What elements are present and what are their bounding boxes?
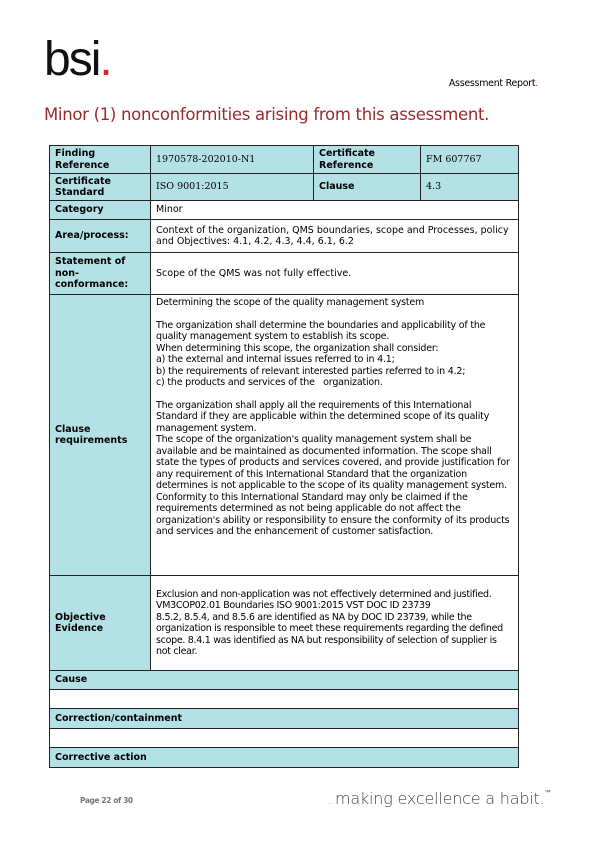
statement-label: Statement of non-conformance: (50, 253, 151, 295)
clause-value: 4.3 (421, 174, 519, 201)
certificate-reference-label: Certificate Reference (314, 146, 421, 174)
page-heading: Minor (1) nonconformities arising from t… (44, 105, 489, 124)
clause-req-para3: The organization shall apply all the req… (156, 400, 513, 435)
clause-req-item-c: c) the products and services of the orga… (156, 377, 513, 389)
bsi-tagline: ...making excellence a habit.™ (327, 789, 550, 808)
correction-label: Correction/containment (50, 709, 519, 729)
bsi-logo: bsi. (44, 36, 111, 84)
row-finding-reference: Finding Reference 1970578-202010-N1 Cert… (50, 146, 519, 174)
row-certificate-standard: Certificate Standard ISO 9001:2015 Claus… (50, 174, 519, 201)
certificate-standard-label: Certificate Standard (50, 174, 151, 201)
finding-reference-value: 1970578-202010-N1 (151, 146, 314, 174)
objective-evidence-label: Objective Evidence (50, 576, 151, 671)
cause-label: Cause (50, 671, 519, 690)
page-number: Page 22 of 30 (80, 796, 133, 805)
logo-text: bsi (44, 33, 99, 86)
corrective-action-label: Corrective action (50, 748, 519, 768)
finding-table: Finding Reference 1970578-202010-N1 Cert… (49, 145, 519, 768)
row-correction-header: Correction/containment (50, 709, 519, 729)
row-area-process: Area/process: Context of the organizatio… (50, 220, 519, 253)
correction-value (50, 729, 519, 748)
row-corrective-action-header: Corrective action (50, 748, 519, 768)
area-process-label: Area/process: (50, 220, 151, 253)
tagline-ellipsis: ... (327, 797, 335, 807)
category-label: Category (50, 201, 151, 220)
clause-label: Clause (314, 174, 421, 201)
row-category: Category Minor (50, 201, 519, 220)
cause-value (50, 690, 519, 709)
clause-req-item-b: b) the requirements of relevant interest… (156, 366, 513, 378)
trademark-icon: ™ (545, 789, 551, 796)
row-correction-value (50, 729, 519, 748)
clause-req-para1: The organization shall determine the bou… (156, 320, 513, 343)
clause-req-para2: When determining this scope, the organiz… (156, 343, 513, 355)
clause-req-para4: The scope of the organization's quality … (156, 434, 513, 492)
row-cause-value (50, 690, 519, 709)
evidence-line-2: VM3COP02.01 Boundaries ISO 9001:2015 VST… (156, 600, 513, 612)
evidence-line-1: Exclusion and non-application was not ef… (156, 589, 513, 601)
area-process-value: Context of the organization, QMS boundar… (151, 220, 519, 253)
row-cause-header: Cause (50, 671, 519, 690)
objective-evidence-text: Exclusion and non-application was not ef… (151, 576, 519, 671)
finding-reference-label: Finding Reference (50, 146, 151, 174)
clause-req-para5: Conformity to this International Standar… (156, 492, 513, 538)
certificate-reference-value: FM 607767 (421, 146, 519, 174)
statement-value: Scope of the QMS was not fully effective… (151, 253, 519, 295)
clause-req-title: Determining the scope of the quality man… (156, 297, 513, 309)
row-clause-requirements: Clause requirements Determining the scop… (50, 295, 519, 576)
report-label-text: Assessment Report (449, 78, 535, 89)
clause-req-item-a: a) the external and internal issues refe… (156, 354, 513, 366)
row-objective-evidence: Objective Evidence Exclusion and non-app… (50, 576, 519, 671)
clause-requirements-label: Clause requirements (50, 295, 151, 576)
certificate-standard-value: ISO 9001:2015 (151, 174, 314, 201)
row-statement: Statement of non-conformance: Scope of t… (50, 253, 519, 295)
category-value: Minor (151, 201, 519, 220)
clause-requirements-text: Determining the scope of the quality man… (151, 295, 519, 576)
report-label: Assessment Report. (449, 78, 538, 89)
evidence-line-3: 8.5.2, 8.5.4, and 8.5.6 are identified a… (156, 612, 513, 658)
tagline-text: making excellence a habit (335, 789, 540, 808)
report-label-dot: . (535, 78, 538, 89)
logo-dot: . (99, 33, 110, 86)
